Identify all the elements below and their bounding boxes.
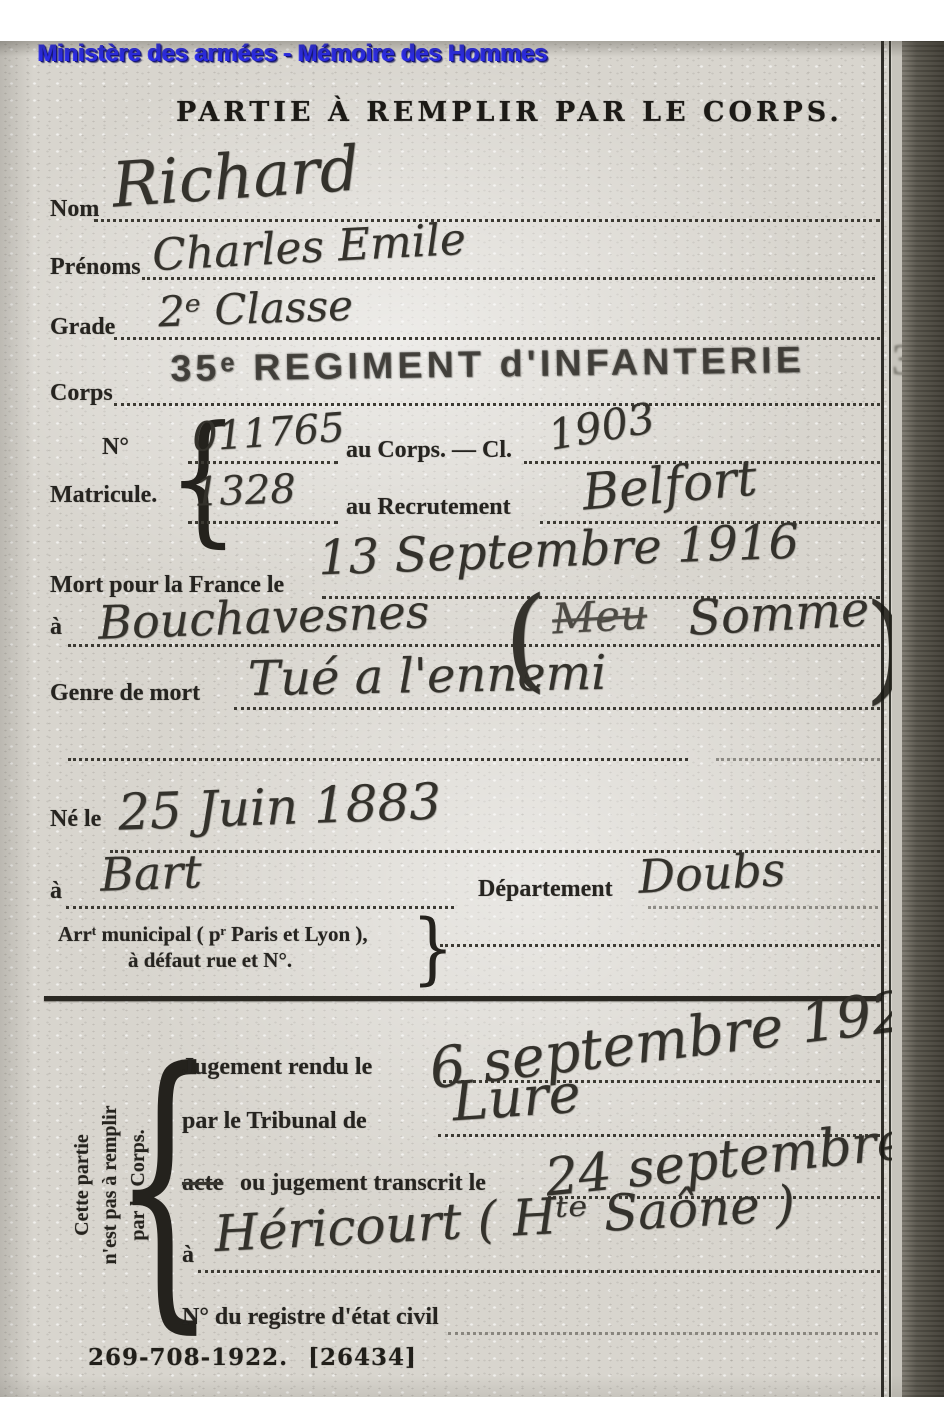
transcription-crossed-out: acte bbox=[182, 1170, 223, 1197]
lieu-mort-label: à bbox=[50, 614, 62, 641]
regiment-stamp: 35ᵉ REGIMENT d'INFANTERIE bbox=[170, 339, 805, 390]
binding-shadow bbox=[902, 41, 944, 1397]
genre-mort-dotted bbox=[234, 707, 880, 710]
au-recrutement-label: au Recrutement bbox=[346, 494, 511, 521]
departement-value: Doubs bbox=[637, 842, 787, 904]
page-title: PARTIE À REMPLIR PAR LE CORPS. bbox=[176, 97, 843, 128]
page-edge-line bbox=[881, 41, 884, 1397]
genre-mort-value: Tué a l'ennemi bbox=[248, 645, 607, 707]
footer-print-code: 269-708-1922. bbox=[88, 1344, 288, 1371]
lieu-transcription-dotted bbox=[198, 1270, 880, 1273]
page-edge-line-2 bbox=[889, 41, 891, 1397]
departement-label: Département bbox=[478, 876, 613, 903]
matricule-no-label: N° bbox=[102, 434, 129, 461]
lieu-mort-crossed-out: Meu bbox=[551, 590, 648, 644]
nom-dotted-line bbox=[94, 219, 880, 222]
site-overlay-title: Ministère des armées - Mémoire des Homme… bbox=[38, 40, 548, 68]
tribunal-value: Lure bbox=[450, 1062, 583, 1134]
marginal-note-line1: Cette partie bbox=[68, 1040, 96, 1330]
au-corps-label: au Corps. — Cl. bbox=[346, 437, 512, 464]
footer-reference: 269-708-1922. [26434] bbox=[88, 1344, 417, 1371]
departement-dotted bbox=[648, 906, 878, 909]
registre-dotted bbox=[448, 1332, 878, 1335]
nom-label: Nom bbox=[50, 196, 99, 223]
prenoms-dotted-line bbox=[142, 277, 875, 280]
naissance-value: 25 Juin 1883 bbox=[117, 772, 442, 841]
tribunal-label: par le Tribunal de bbox=[182, 1108, 367, 1135]
prenoms-label: Prénoms bbox=[50, 254, 141, 281]
lieu-naissance-dotted bbox=[66, 906, 454, 909]
arrondissement-line2: à défaut rue et N°. bbox=[128, 948, 292, 973]
matricule-row1-dotted bbox=[188, 461, 338, 464]
arrondissement-brace: } bbox=[412, 910, 454, 988]
genre-mort-label: Genre de mort bbox=[50, 680, 200, 707]
footer-bracket-code: [26434] bbox=[308, 1344, 417, 1371]
page-edge-strip bbox=[892, 41, 902, 1397]
lieu-transcription-label: à bbox=[182, 1242, 194, 1269]
arrondissement-dotted bbox=[440, 944, 880, 947]
lieu-naissance-value: Bart bbox=[99, 844, 203, 902]
matricule-recrutement-number: 1328 bbox=[193, 466, 296, 516]
jugement-label: Jugement rendu le bbox=[182, 1054, 372, 1081]
naissance-label: Né le bbox=[50, 806, 101, 833]
lieu-naissance-label: à bbox=[50, 878, 62, 905]
document-viewer: Ministère des armées - Mémoire des Homme… bbox=[0, 0, 944, 1417]
matricule-row2-dotted bbox=[188, 521, 338, 524]
empty-dotted-line-right bbox=[716, 758, 880, 761]
registre-label: N° du registre d'état civil bbox=[182, 1304, 439, 1331]
arrondissement-line1: Arrᵗ municipal ( pʳ Paris et Lyon ), bbox=[58, 922, 368, 947]
lieu-mort-region: Somme bbox=[687, 581, 871, 646]
corps-label: Corps bbox=[50, 380, 113, 407]
lieu-mort-value: Bouchavesnes bbox=[97, 584, 430, 650]
grade-label: Grade bbox=[50, 314, 115, 341]
grade-value: 2ᵉ Classe bbox=[157, 281, 353, 337]
empty-dotted-line bbox=[68, 758, 688, 761]
matricule-label: Matricule. bbox=[50, 482, 157, 509]
